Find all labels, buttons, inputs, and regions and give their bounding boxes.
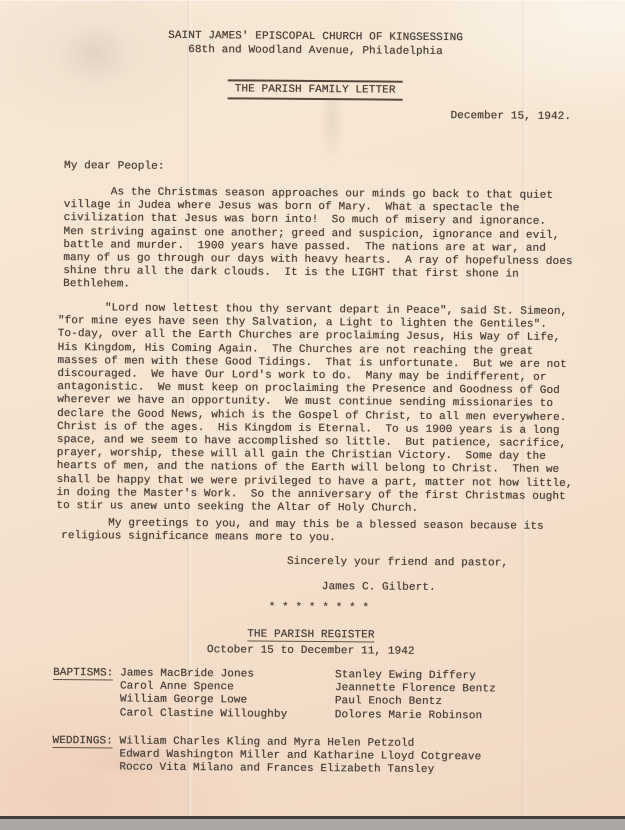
masthead-row: THE PARISH FAMILY LETTER <box>3 78 625 103</box>
masthead-title: THE PARISH FAMILY LETTER <box>228 79 403 101</box>
paragraph-1: As the Christmas season approaches our m… <box>63 186 579 296</box>
weddings-label: WEDDINGS: <box>52 735 112 749</box>
salutation: My dear People: <box>64 160 165 174</box>
closing-line: Sincerely your friend and pastor, <box>287 556 508 571</box>
register-title: THE PARISH REGISTER <box>247 628 374 642</box>
baptisms-column-2: Stanley Ewing Differy Jeannette Florence… <box>335 669 496 723</box>
paragraph-3: My greetings to you, and may this be a b… <box>61 517 576 547</box>
letter-date: December 15, 1942. <box>450 110 571 124</box>
baptisms-column-1: James MacBride Jones Carol Anne Spence W… <box>120 668 288 722</box>
weddings-list: William Charles Kling and Myra Helen Pet… <box>119 735 481 777</box>
signature-name: James C. Gilbert. <box>322 581 436 595</box>
scanned-letter-page: { "document": { "church_name": "SAINT JA… <box>0 0 625 830</box>
baptisms-label: BAPTISMS: <box>53 667 113 681</box>
register-period: October 15 to December 11, 1942 <box>0 643 623 661</box>
asterisk-divider: * * * * * * * * <box>269 602 370 616</box>
register-title-row: THE PARISH REGISTER <box>0 627 623 645</box>
paragraph-2: "Lord now lettest thou thy servant depar… <box>56 302 578 517</box>
letter-content: SAINT JAMES' EPISCOPAL CHURCH OF KINGSES… <box>0 0 625 830</box>
